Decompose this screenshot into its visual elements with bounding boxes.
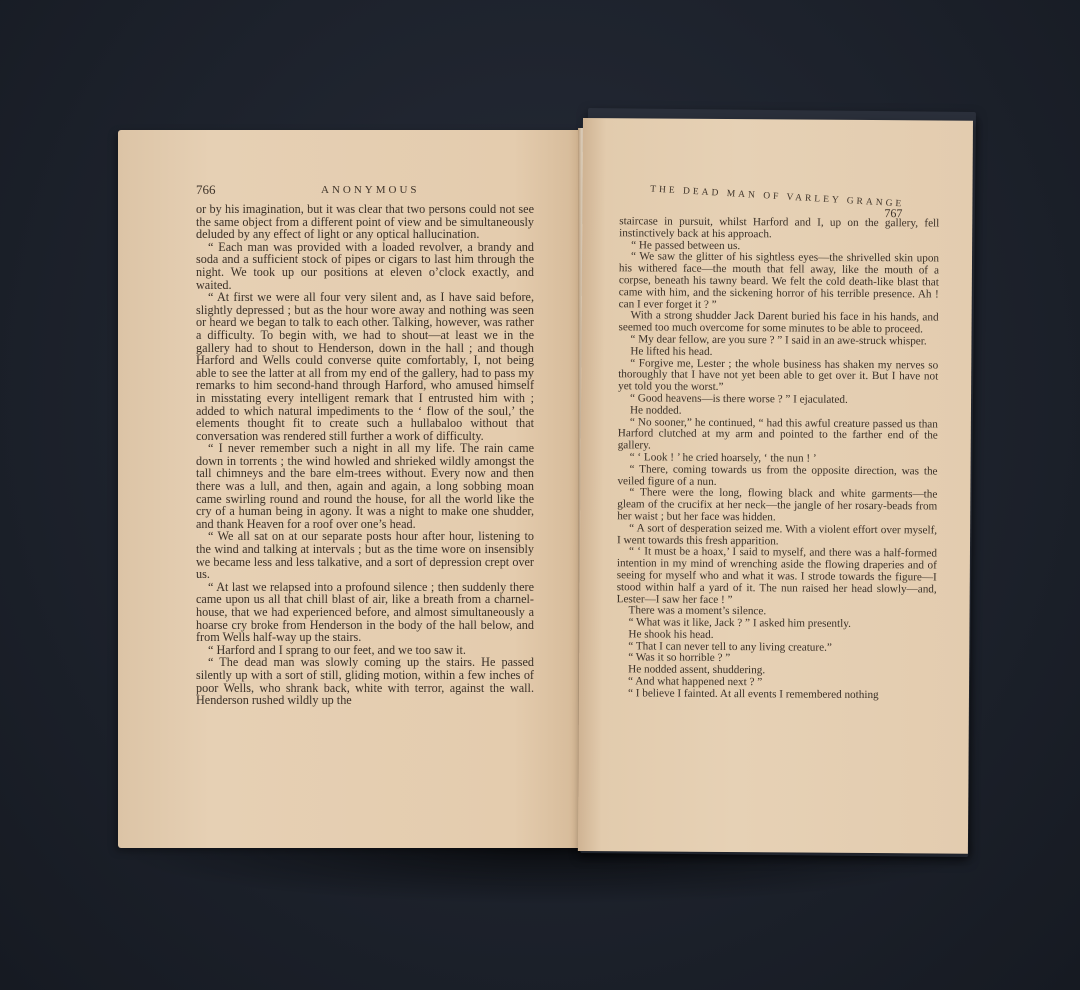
page-number: 766 — [196, 182, 216, 198]
paragraph: “ There were the long, flowing black and… — [617, 488, 937, 526]
paragraph: “ I believe I fainted. At all events I r… — [616, 688, 936, 702]
paragraph: “ Forgive me, Lester ; the whole busines… — [618, 358, 938, 396]
right-page: THE DEAD MAN OF VARLEY GRANGE 767 stairc… — [578, 118, 973, 854]
paragraph: “ ‘ It must be a hoax,’ I said to myself… — [617, 547, 937, 608]
page-body: or by his imagination, but it was clear … — [196, 203, 534, 707]
paragraph: “ We all sat on at our separate posts ho… — [196, 530, 534, 580]
paragraph: “ The dead man was slowly coming up the … — [196, 656, 534, 706]
paragraph: “ Each man was provided with a loaded re… — [196, 241, 534, 291]
running-head: ANONYMOUS — [321, 184, 420, 196]
paragraph: “ I never remember such a night in all m… — [196, 442, 534, 530]
paragraph: “ At last we relapsed into a profound si… — [196, 581, 534, 644]
paragraph: “ We saw the glitter of his sightless ey… — [619, 252, 939, 313]
paragraph: “ No sooner,” he continued, “ had this a… — [618, 417, 938, 455]
paragraph: “ At first we were all four very silent … — [196, 291, 534, 442]
paragraph: With a strong shudder Jack Darent buried… — [618, 311, 938, 337]
paragraph: staircase in pursuit, whilst Harford and… — [619, 216, 939, 242]
page-body: staircase in pursuit, whilst Harford and… — [616, 216, 939, 702]
running-head: THE DEAD MAN OF VARLEY GRANGE — [650, 184, 905, 209]
paragraph: or by his imagination, but it was clear … — [196, 203, 534, 241]
left-page: 766 ANONYMOUS or by his imagination, but… — [118, 130, 583, 848]
